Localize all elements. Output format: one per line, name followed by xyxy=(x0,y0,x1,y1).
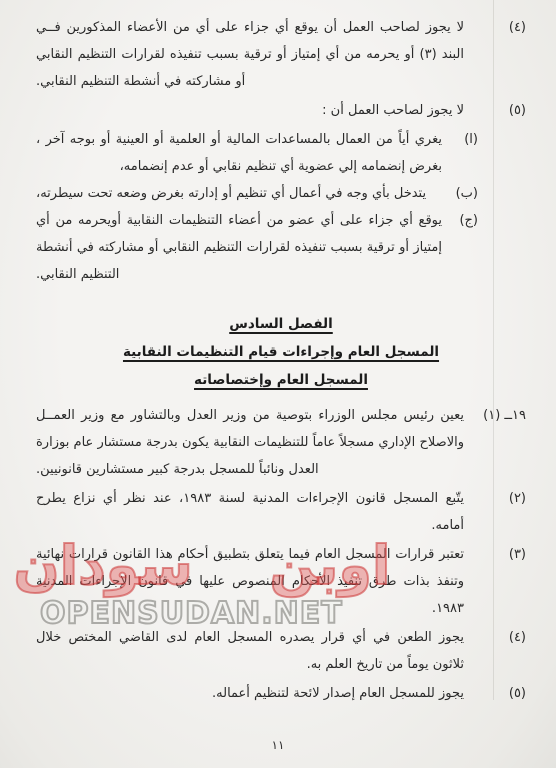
article-19-clause-1-number: ١٩ــ (١) xyxy=(470,402,526,429)
clause-5-number: (٥) xyxy=(470,97,526,124)
article-19-clause-1: ١٩ــ (١) يعين رئيس مجلس الوزراء بتوصية م… xyxy=(36,402,526,483)
article-19-clause-4-number: (٤) xyxy=(470,624,526,651)
article-19-clause-5-text: يجوز للمسجل العام إصدار لائحة لتنظيم أعم… xyxy=(36,680,470,707)
article-19-clause-3-number: (٣) xyxy=(470,541,526,568)
clause-4-text: لا يجوز لصاحب العمل أن يوقع أي جزاء على … xyxy=(36,14,470,95)
article-19-clause-2: (٢) يتّبع المسجل قانون الإجراءات المدنية… xyxy=(36,485,526,539)
subsection-title: المسجل العام وإختصاصاته xyxy=(36,366,526,394)
article-19-clause-3: (٣) تعتبر قرارات المسجل العام فيما يتعلق… xyxy=(36,541,526,622)
section-headings: الفصل السادس المسجل العام وإجراءات قيام … xyxy=(36,310,526,394)
article-19-clause-5: (٥) يجوز للمسجل العام إصدار لائحة لتنظيم… xyxy=(36,680,526,707)
subitem-ba-text: يتدخل بأي وجه في أعمال أي تنظيم أو إدارت… xyxy=(36,180,452,207)
clause-5-subitems: (ا) يغري أياً من العمال بالمساعدات المال… xyxy=(36,126,478,288)
article-19-clause-5-number: (٥) xyxy=(470,680,526,707)
subitem-ba: (ب) يتدخل بأي وجه في أعمال أي تنظيم أو إ… xyxy=(36,180,478,207)
chapter-title: الفصل السادس xyxy=(36,310,526,338)
scanned-document-page: (٤) لا يجوز لصاحب العمل أن يوقع أي جزاء … xyxy=(0,0,556,768)
subitem-jim-text: يوقع أي جزاء على أي عضو من أعضاء التنظيم… xyxy=(36,207,452,288)
article-19-clause-2-text: يتّبع المسجل قانون الإجراءات المدنية لسن… xyxy=(36,485,470,539)
article-19-clause-1-text: يعين رئيس مجلس الوزراء بتوصية من وزير ال… xyxy=(36,402,470,483)
subitem-ba-letter: (ب) xyxy=(452,180,478,207)
clause-4: (٤) لا يجوز لصاحب العمل أن يوقع أي جزاء … xyxy=(36,14,526,95)
subitem-jim: (ج) يوقع أي جزاء على أي عضو من أعضاء الت… xyxy=(36,207,478,288)
clause-5-text: لا يجوز لصاحب العمل أن : xyxy=(36,97,470,124)
article-19-clause-3-text: تعتبر قرارات المسجل العام فيما يتعلق بتط… xyxy=(36,541,470,622)
document-content: (٤) لا يجوز لصاحب العمل أن يوقع أي جزاء … xyxy=(36,14,526,709)
clause-5: (٥) لا يجوز لصاحب العمل أن : xyxy=(36,97,526,124)
clause-4-number: (٤) xyxy=(470,14,526,41)
page-number: ١١ xyxy=(0,738,556,752)
section-title: المسجل العام وإجراءات قيام التنظيمات الن… xyxy=(36,338,526,366)
subitem-alif-text: يغري أياً من العمال بالمساعدات المالية أ… xyxy=(36,126,452,180)
subitem-alif-letter: (ا) xyxy=(452,126,478,153)
article-19-clause-2-number: (٢) xyxy=(470,485,526,512)
article-19-clause-4-text: يجوز الطعن في أي قرار يصدره المسجل العام… xyxy=(36,624,470,678)
subitem-jim-letter: (ج) xyxy=(452,207,478,234)
subitem-alif: (ا) يغري أياً من العمال بالمساعدات المال… xyxy=(36,126,478,180)
article-19-clause-4: (٤) يجوز الطعن في أي قرار يصدره المسجل ا… xyxy=(36,624,526,678)
